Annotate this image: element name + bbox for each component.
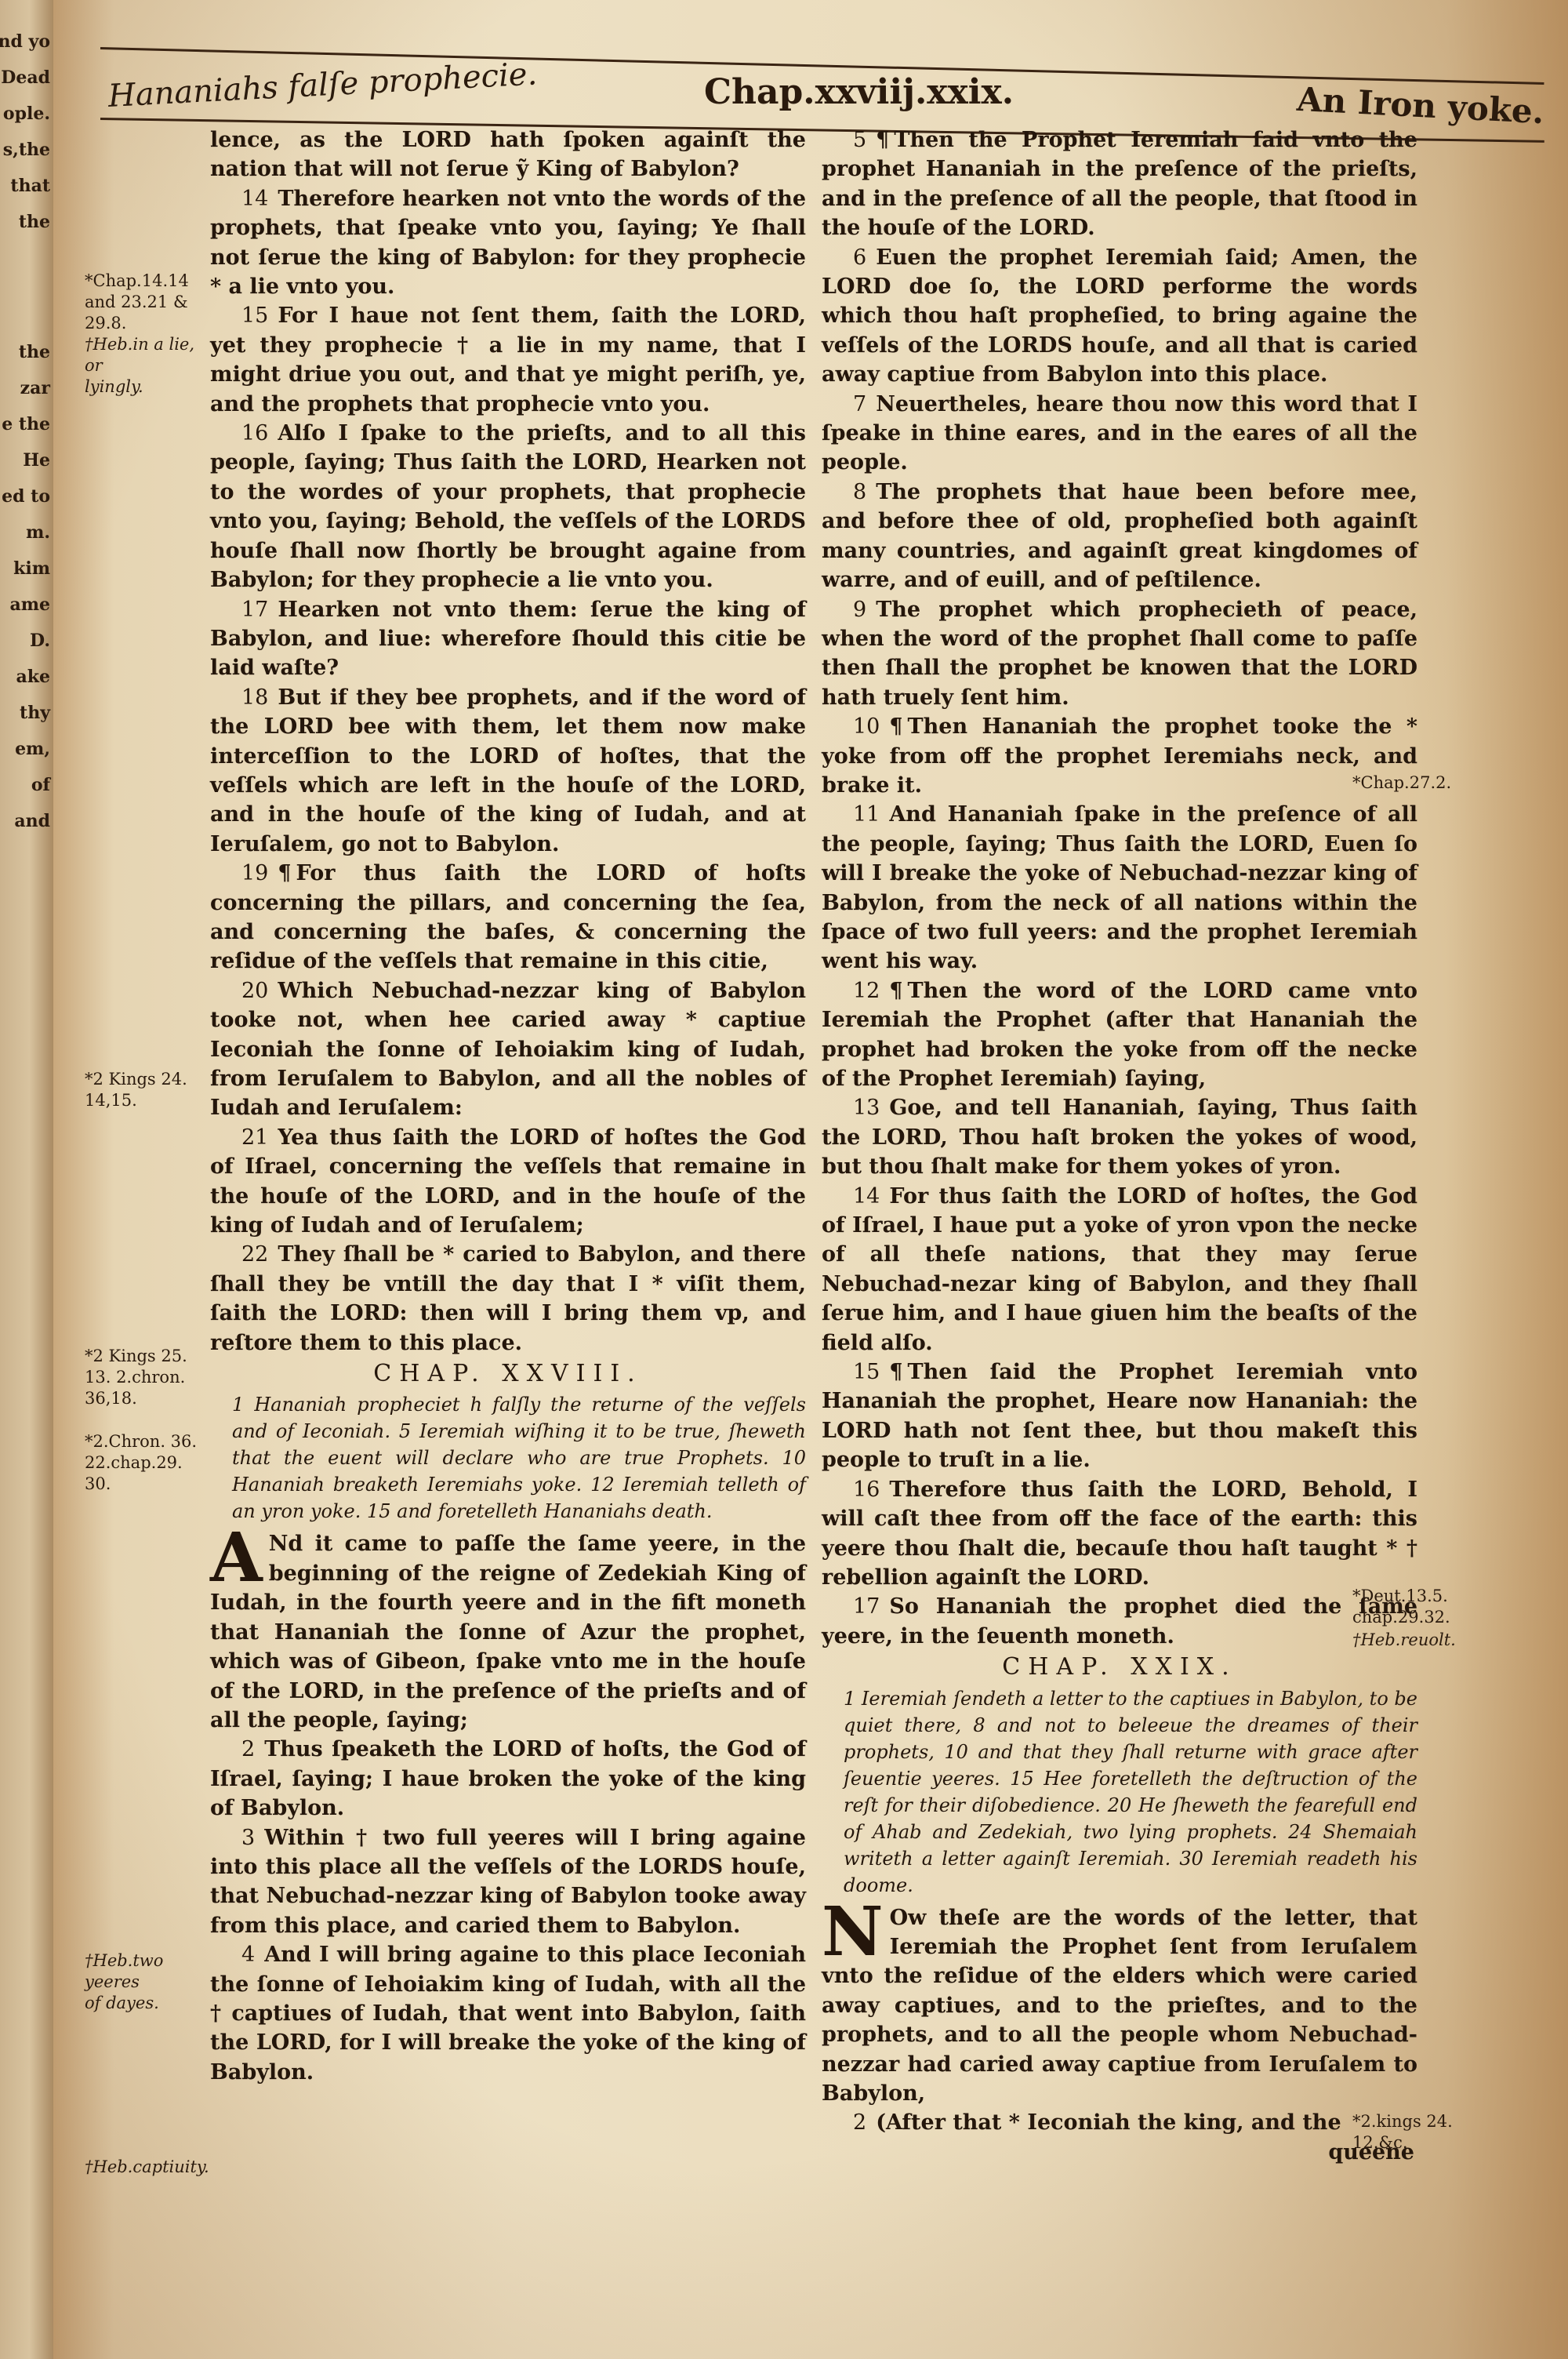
verse-text: lence, as the LORD hath ſpoken againſt t… xyxy=(210,128,806,181)
left-column: lence, as the LORD hath ſpoken againſt t… xyxy=(210,125,806,2087)
verse-number: 17 xyxy=(241,595,268,624)
verse-text: Euen the prophet Ieremiah ſaid; Amen, th… xyxy=(822,245,1417,387)
pilcrow-icon: ¶ xyxy=(278,861,291,885)
previous-page-text-fragment: m. xyxy=(26,522,50,543)
verse: 4And I will bring againe to this place I… xyxy=(210,1940,806,2087)
verse: 8The prophets that haue been before mee,… xyxy=(822,478,1417,595)
marginal-note: *2 Kings 25. 13. 2.chron. 36,18. xyxy=(85,1346,187,1409)
verse-number: 19 xyxy=(241,859,268,888)
verse-number: 9 xyxy=(853,595,866,624)
left-verses-bottom: 2Thus ſpeaketh the LORD of hoſts, the Go… xyxy=(210,1735,806,2087)
previous-page-text-fragment: thy xyxy=(20,703,50,723)
chapter-29-opening: N Ow theſe are the words of the letter, … xyxy=(822,1903,1417,2109)
chapter-argument-29: 1 Ieremiah ſendeth a letter to the capti… xyxy=(822,1685,1417,1899)
right-margin-notes: *Chap.27.2.*Deut.13.5. chap.29.32.†Heb.r… xyxy=(1352,0,1509,2359)
verse: 7Neuertheles, heare thou now this word t… xyxy=(822,390,1417,478)
previous-page-text-fragment: ed to xyxy=(2,486,50,507)
verse-text: But if they bee prophets, and if the wor… xyxy=(210,685,806,856)
verse-text: Yea thus ſaith the LORD of hoſtes the Go… xyxy=(210,1125,806,1238)
verse: 17Hearken not vnto them: ſerue the king … xyxy=(210,595,806,683)
chapter-argument-28: 1 Hananiah propheciet h falſly the retur… xyxy=(210,1391,806,1525)
verse: 3Within † two full yeeres will I bring a… xyxy=(210,1823,806,1941)
verse-text: Then Hananiah the prophet tooke the * yo… xyxy=(822,714,1417,798)
verse-text: (After that * Ieconiah the king, and the xyxy=(876,2110,1341,2135)
verse: 17So Hananiah the prophet died the ſame … xyxy=(822,1592,1417,1651)
right-column: 5¶Then the Prophet Ieremiah ſaid vnto th… xyxy=(822,125,1417,2167)
verse-text: The prophets that haue been before mee, … xyxy=(822,480,1417,592)
verse-text: Hearken not vnto them: ſerue the king of… xyxy=(210,598,806,681)
previous-page-text-fragment: the xyxy=(19,212,50,232)
verse-number: 16 xyxy=(853,1475,880,1504)
verse-text: Alſo I ſpake to the prieſts, and to all … xyxy=(210,421,806,592)
previous-page-text-fragment: the xyxy=(19,342,50,362)
verse-text: Therefore hearken not vnto the words of … xyxy=(210,187,806,299)
verse-text: Goe, and tell Hananiah, ſaying, Thus ſai… xyxy=(822,1096,1417,1179)
verse-number: 2 xyxy=(853,2108,866,2137)
previous-page-text-fragment: zar xyxy=(20,378,50,398)
verse-text: Thus ſpeaketh the LORD of hoſts, the God… xyxy=(210,1737,806,1820)
marginal-note: *2.Chron. 36. 22.chap.29. 30. xyxy=(85,1431,197,1495)
verse: 2Thus ſpeaketh the LORD of hoſts, the Go… xyxy=(210,1735,806,1823)
verse-text: So Hananiah the prophet died the ſame ye… xyxy=(822,1594,1417,1648)
verse: 22They ſhall be * caried to Babylon, and… xyxy=(210,1240,806,1358)
verse-text: And I will bring againe to this place Ie… xyxy=(210,1943,806,2085)
verse: 2(After that * Ieconiah the king, and th… xyxy=(822,2108,1417,2137)
left-margin-notes: *Chap.14.14 and 23.21 & 29.8.†Heb.in a l… xyxy=(85,0,202,2359)
previous-page-edge: s and yoDeadople.s,thethatthethezare the… xyxy=(0,0,53,2359)
marginal-note: *2.kings 24. 12.&c. xyxy=(1352,2111,1453,2154)
running-head-chapter: Chap.xxviij.xxix. xyxy=(704,72,1014,112)
verse-text: For thus ſaith the LORD of hoſts concern… xyxy=(210,861,806,973)
marginal-note: †Heb.in a lie, or lyingly. xyxy=(85,334,202,398)
verse-number: 18 xyxy=(241,683,268,712)
previous-page-text-fragment: of xyxy=(31,775,50,795)
verse-number: 13 xyxy=(853,1093,880,1122)
verse-number: 8 xyxy=(853,478,866,507)
verse: 12¶Then the word of the LORD came vnto I… xyxy=(822,976,1417,1094)
verse-number: 14 xyxy=(853,1182,880,1211)
verse: 19¶For thus ſaith the LORD of hoſts conc… xyxy=(210,859,806,976)
verse-text: Within † two full yeeres will I bring ag… xyxy=(210,1826,806,1938)
opening-text: Ow theſe are the words of the letter, th… xyxy=(822,1906,1417,2106)
catchword: queene xyxy=(822,2138,1417,2167)
chapter-28-opening: A Nd it came to paſſe the ſame yeere, in… xyxy=(210,1529,806,1735)
verse-text: Then ſaid the Prophet Ieremiah vnto Hana… xyxy=(822,1360,1417,1472)
verse-text: Which Nebuchad-nezzar king of Babylon to… xyxy=(210,979,806,1121)
verse-text: And Hananiah ſpake in the preſence of al… xyxy=(822,802,1417,973)
verse-text: Neuertheles, heare thou now this word th… xyxy=(822,392,1417,475)
verse-number: 12 xyxy=(853,976,880,1005)
verse-number: 3 xyxy=(241,1823,255,1852)
previous-page-text-fragment: He xyxy=(23,450,50,471)
opening-text: Nd it came to paſſe the ſame yeere, in t… xyxy=(210,1532,806,1732)
running-head: Hananiahs falſe prophecie. Chap.xxviij.x… xyxy=(108,55,1560,125)
previous-page-text-fragment: D. xyxy=(30,631,50,651)
verse-number: 15 xyxy=(853,1358,880,1387)
verse: 11And Hananiah ſpake in the preſence of … xyxy=(822,800,1417,976)
verse: 14Therefore hearken not vnto the words o… xyxy=(210,184,806,302)
pilcrow-icon: ¶ xyxy=(876,128,889,152)
verse-number: 11 xyxy=(853,800,880,829)
marginal-note: †Heb.captiuity. xyxy=(85,2157,209,2178)
previous-page-text-fragment: that xyxy=(10,176,50,196)
verse: 9The prophet which prophecieth of peace,… xyxy=(822,595,1417,713)
verse-text: Then the word of the LORD came vnto Iere… xyxy=(822,979,1417,1091)
left-verses-top: lence, as the LORD hath ſpoken againſt t… xyxy=(210,125,806,1358)
verse-number: 14 xyxy=(241,184,268,213)
chapter-heading-28: CHAP. XXVIII. xyxy=(210,1359,806,1388)
verse-number: 20 xyxy=(241,976,268,1005)
verse-text: The prophet which prophecieth of peace, … xyxy=(822,598,1417,710)
verse: 13Goe, and tell Hananiah, ſaying, Thus ſ… xyxy=(822,1093,1417,1181)
verse-text: Then the Prophet Ieremiah ſaid vnto the … xyxy=(822,128,1417,240)
pilcrow-icon: ¶ xyxy=(889,1360,902,1384)
marginal-note: *Chap.27.2. xyxy=(1352,772,1451,794)
previous-page-text-fragment: ame xyxy=(9,594,50,615)
verse-number: 15 xyxy=(241,301,268,330)
verse-number: 16 xyxy=(241,419,268,448)
verse-number: 22 xyxy=(241,1240,268,1269)
previous-page-text-fragment: ake xyxy=(16,667,51,687)
right-verses-top: 5¶Then the Prophet Ieremiah ſaid vnto th… xyxy=(822,125,1417,1651)
verse: 10¶Then Hananiah the prophet tooke the *… xyxy=(822,712,1417,800)
verse: 18But if they bee prophets, and if the w… xyxy=(210,683,806,859)
verse-number: 6 xyxy=(853,243,866,272)
verse: 5¶Then the Prophet Ieremiah ſaid vnto th… xyxy=(822,125,1417,243)
verse-text: For I haue not ſent them, ſaith the LORD… xyxy=(210,304,806,416)
verse-number: 17 xyxy=(853,1592,880,1621)
verse-number: 21 xyxy=(241,1123,268,1152)
drop-cap: N xyxy=(822,1905,884,1960)
verse: 6Euen the prophet Ieremiah ſaid; Amen, t… xyxy=(822,243,1417,390)
verse: 15¶Then ſaid the Prophet Ieremiah vnto H… xyxy=(822,1358,1417,1475)
previous-page-text-fragment: e the xyxy=(2,414,50,434)
marginal-note: *2 Kings 24. 14,15. xyxy=(85,1069,187,1111)
marginal-note: †Heb.two yeeres of dayes. xyxy=(85,1950,202,2014)
verse-number: 5 xyxy=(853,125,866,154)
previous-page-text-fragment: em, xyxy=(15,739,50,759)
marginal-note: *Deut.13.5. chap.29.32. xyxy=(1352,1586,1450,1628)
verse-number: 2 xyxy=(241,1735,255,1764)
verse-number: 4 xyxy=(241,1940,255,1969)
previous-page-text-fragment: Dead xyxy=(1,67,50,88)
verse: 16Alſo I ſpake to the prieſts, and to al… xyxy=(210,419,806,594)
previous-page-text-fragment: and xyxy=(14,811,50,831)
verse: 14For thus ſaith the LORD of hoſtes, the… xyxy=(822,1182,1417,1358)
marginal-note: *Chap.14.14 and 23.21 & 29.8. xyxy=(85,271,189,334)
verse-text: Therefore thus ſaith the LORD, Behold, I… xyxy=(822,1478,1417,1590)
verse: 21Yea thus ſaith the LORD of hoſtes the … xyxy=(210,1123,806,1241)
verse-number: 10 xyxy=(853,712,880,741)
verse-text: For thus ſaith the LORD of hoſtes, the G… xyxy=(822,1184,1417,1355)
previous-page-text-fragment: kim xyxy=(13,558,50,579)
verse-text: They ſhall be * caried to Babylon, and t… xyxy=(210,1242,806,1354)
verse-number: 7 xyxy=(853,390,866,419)
verse: 20Which Nebuchad-nezzar king of Babylon … xyxy=(210,976,806,1123)
verse: 15For I haue not ſent them, ſaith the LO… xyxy=(210,301,806,419)
drop-cap: A xyxy=(210,1531,263,1586)
verse: lence, as the LORD hath ſpoken againſt t… xyxy=(210,125,806,184)
marginal-note: †Heb.reuolt. xyxy=(1352,1630,1456,1651)
verse: 16Therefore thus ſaith the LORD, Behold,… xyxy=(822,1475,1417,1593)
right-verses-bottom: 2(After that * Ieconiah the king, and th… xyxy=(822,2108,1417,2137)
chapter-heading-29: CHAP. XXIX. xyxy=(822,1652,1417,1681)
previous-page-text-fragment: s and yo xyxy=(0,31,50,52)
pilcrow-icon: ¶ xyxy=(889,979,902,1003)
previous-page-text-fragment: ople. xyxy=(3,104,50,124)
previous-page-text-fragment: s,the xyxy=(3,140,50,160)
pilcrow-icon: ¶ xyxy=(889,714,902,739)
